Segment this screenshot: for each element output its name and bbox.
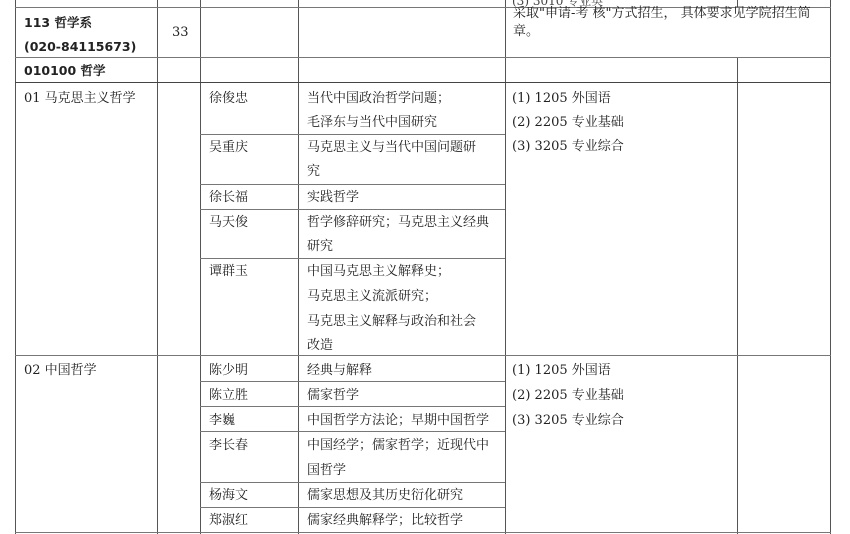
row-border-section1	[15, 355, 831, 356]
col-border-0	[15, 0, 16, 534]
supervisor-name: 李巍	[209, 408, 235, 433]
research-line: 哲学修辞研究；马克思主义经典	[307, 210, 489, 235]
col-border-3	[298, 0, 299, 57]
exam-subject: (2) 2205 专业基础	[512, 383, 624, 408]
supervisor-name: 马天俊	[209, 210, 248, 235]
supervisor-name: 徐长福	[209, 185, 248, 210]
research-line: 马克思主义流派研究；	[307, 284, 437, 309]
subject-code-name: 010100 哲学	[24, 58, 106, 83]
supervisor-name: 郑淑红	[209, 508, 248, 533]
research-line: 中国马克思主义解释史；	[307, 259, 450, 284]
research-line: 儒家思想及其历史衍化研究	[307, 483, 463, 508]
row-border-dept	[15, 57, 831, 58]
admission-note-line1: 采取"申请-考 核"方式招生， 具体要求见学院招生简	[513, 4, 811, 24]
exam-subject: (3) 3205 专业综合	[512, 408, 624, 433]
supervisor-name: 陈少明	[209, 358, 248, 383]
exam-subject: (1) 1205 外国语	[512, 358, 611, 383]
department-name: 113 哲学系	[24, 10, 92, 35]
supervisor-name: 陈立胜	[209, 383, 248, 408]
research-line: 中国哲学方法论；早期中国哲学	[307, 408, 489, 433]
research-line: 究	[307, 159, 320, 184]
research-line: 马克思主义解释与政治和社会	[307, 309, 476, 334]
direction-name: 02 中国哲学	[24, 358, 97, 383]
direction-name: 01 马克思主义哲学	[24, 86, 136, 111]
department-phone: (020-84115673)	[24, 34, 136, 59]
research-line: 中国经学；儒家哲学；近现代中	[307, 433, 489, 458]
research-line: 儒家经典解释学；比较哲学	[307, 508, 463, 533]
admission-note-line2: 章。	[513, 22, 539, 42]
research-line: 当代中国政治哲学问题；	[307, 86, 450, 111]
row-border-subject	[15, 82, 831, 83]
col-border-3b	[298, 57, 299, 534]
research-line: 国哲学	[307, 458, 346, 483]
exam-subject: (2) 2205 专业基础	[512, 110, 624, 135]
col-border-6	[830, 0, 831, 534]
exam-subject: (1) 1205 外国语	[512, 86, 611, 111]
col-border-2	[200, 0, 201, 534]
research-line: 改造	[307, 333, 333, 358]
col-border-5b	[737, 57, 738, 534]
col-border-4	[505, 0, 506, 534]
research-line: 经典与解释	[307, 358, 372, 383]
research-line: 毛泽东与当代中国研究	[307, 110, 437, 135]
supervisor-name: 谭群玉	[209, 259, 248, 284]
supervisor-name: 李长春	[209, 433, 248, 458]
exam-subject: (3) 3205 专业综合	[512, 134, 624, 159]
enrollment-quota: 33	[172, 20, 189, 45]
research-line: 马克思主义与当代中国问题研	[307, 135, 476, 160]
col-border-1	[157, 0, 158, 534]
supervisor-name: 徐俊忠	[209, 86, 248, 111]
research-line: 研究	[307, 234, 333, 259]
research-line: 实践哲学	[307, 185, 359, 210]
supervisor-name: 吴重庆	[209, 135, 248, 160]
supervisor-name: 杨海文	[209, 483, 248, 508]
research-line: 儒家哲学	[307, 383, 359, 408]
